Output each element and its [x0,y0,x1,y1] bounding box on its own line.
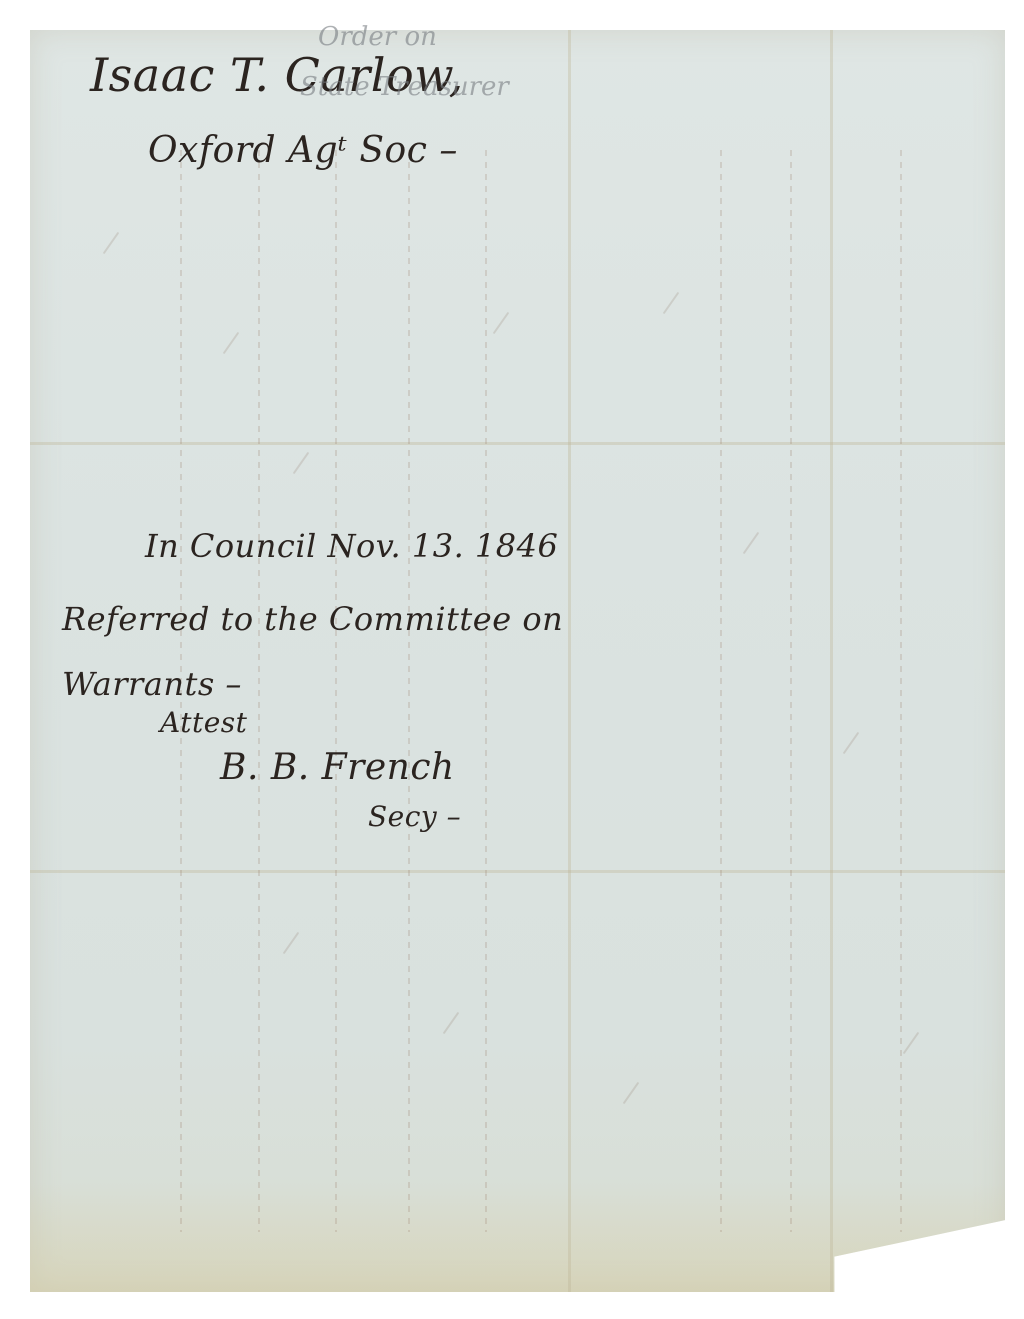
bleed-through-mark [743,532,760,554]
bleed-through-mark [293,452,310,474]
pencil-note: State Treasurer [300,72,509,102]
bleed-through-text [790,150,792,1232]
bleed-through-text [258,150,260,1232]
paper-stain [30,1182,1005,1292]
bleed-through-mark [903,1032,920,1054]
docket-organization: Oxford Agᵗ Soc – [148,130,458,171]
bleed-through-mark [843,732,860,754]
endorsement-date: In Council Nov. 13. 1846 [145,527,558,565]
bleed-through-mark [283,932,300,954]
bleed-through-text [900,150,902,1232]
fold-line-vertical [568,30,571,1292]
endorsement-attest: Attest [160,706,247,739]
fold-line-horizontal [30,442,1005,445]
bleed-through-text [335,150,337,1232]
fold-line-horizontal [30,870,1005,873]
endorsement-signature: B. B. French [220,747,455,788]
bleed-through-mark [443,1012,460,1034]
endorsement-title: Secy – [368,800,461,833]
pencil-note: Order on [318,22,437,52]
fold-line-vertical [830,30,833,1292]
document-page [30,30,1005,1292]
endorsement-committee: Warrants – [62,665,242,703]
bleed-through-mark [663,292,680,314]
bleed-through-text [485,150,487,1232]
bleed-through-text [720,150,722,1232]
bleed-through-mark [103,232,120,254]
bleed-through-mark [493,312,510,334]
endorsement-referral: Referred to the Committee on [62,600,563,638]
bleed-through-text [408,150,410,1232]
bleed-through-mark [623,1082,640,1104]
bleed-through-mark [223,332,240,354]
